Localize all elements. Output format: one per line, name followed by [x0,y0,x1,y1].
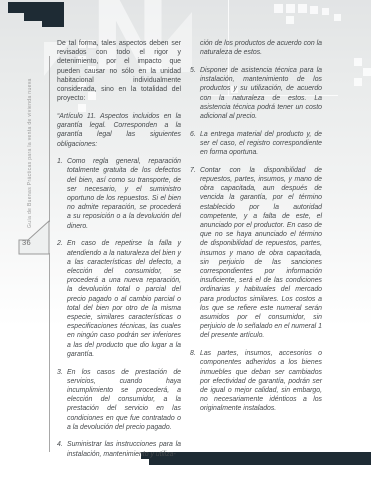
list-item: 5. Disponer de asistencia técnica para l… [190,66,322,121]
item-number: 6. [190,130,200,158]
list-item: 1. Como regla general, reparación totalm… [57,157,181,231]
corner-step-decoration [8,2,64,13]
item-text: Contar con la disponibilidad de repuesto… [200,166,322,341]
sidebar-vertical-title: Guía de Buenas Prácticas para la venta d… [27,58,33,228]
item-text: En los casos de prestación de servicios,… [67,368,181,432]
pixel-mosaic-square [274,4,283,13]
pixel-mosaic-square [334,14,341,21]
pixel-mosaic-square [286,16,294,24]
item-text: En caso de repetirse la falla y atendien… [67,239,181,359]
pixel-mosaic-square [310,6,318,14]
page-number: 36 [22,238,40,247]
item-number: 1. [57,157,67,231]
item-number: 8. [190,349,200,413]
right-column: ción de los productos de acuerdo con la … [190,39,322,422]
pixel-mosaic-square [298,4,307,13]
corner-step-decoration [24,13,64,21]
continuation-paragraph: ción de los productos de acuerdo con la … [200,39,322,57]
pixel-mosaic-square [363,68,371,76]
pixel-mosaic-square [322,8,329,15]
item-number: 7. [190,166,200,341]
list-item: 6. La entrega material del producto y, d… [190,130,322,158]
footer-bar-decoration [149,452,371,465]
corner-step-decoration [42,21,64,27]
item-text: Suministrar las instrucciones para la in… [67,440,181,458]
sidebar-rule [49,56,50,222]
sidebar-rule [49,253,50,452]
list-item: 8. Las partes, insumos, accesorios o com… [190,349,322,413]
item-number: 3. [57,368,67,432]
item-number: 5. [190,66,200,121]
list-item: 7. Contar con la disponibilidad de repue… [190,166,322,341]
list-item: 4. Suministrar las instrucciones para la… [57,440,181,458]
left-column: De tal forma, tales aspectos deben ser r… [57,39,181,467]
pixel-mosaic-square [286,4,295,13]
item-number: 4. [57,440,67,458]
article-lead-paragraph: “Artículo 11. Aspectos incluidos en la g… [57,112,181,149]
item-text: Disponer de asistencia técnica para la i… [200,66,322,121]
item-text: La entrega material del producto y, de s… [200,130,322,158]
list-item: 2. En caso de repetirse la falla y atend… [57,239,181,359]
pixel-mosaic-square [354,58,362,66]
item-text: Como regla general, reparación totalment… [67,157,181,231]
list-item: 3. En los casos de prestación de servici… [57,368,181,432]
item-number: 2. [57,239,67,359]
item-text: Las partes, insumos, accesorios o compon… [200,349,322,413]
intro-paragraph: De tal forma, tales aspectos deben ser r… [57,39,181,103]
pixel-mosaic-square [354,78,362,86]
